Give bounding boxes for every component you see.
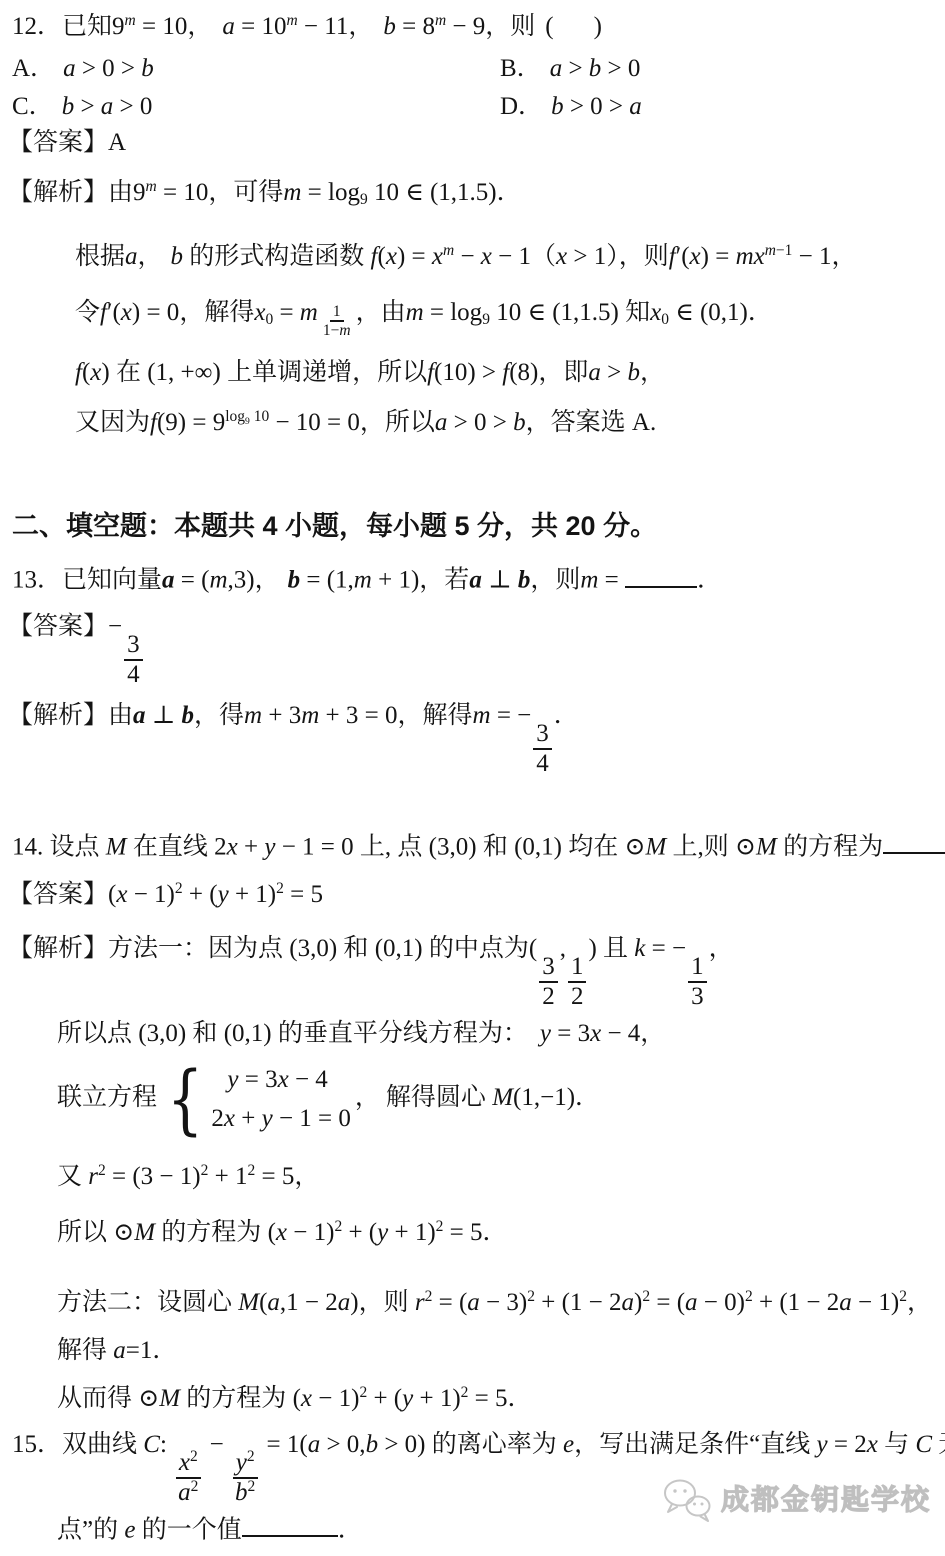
question-14-stem: 14. 设点 M 在直线 2x + y − 1 = 0 上, 点 (3,0) 和… [0,826,945,864]
question-14-solution-method2-line-1: 方法二：设圆心 M(a,1 − 2a)，则 r2 = (a − 3)2 + (1… [0,1286,945,1320]
question-14-solution-method2-line-2: 解得 a=1． [0,1334,945,1368]
question-12-solution-line-3: 令f′(x) = 0，解得x0 = m11−m，由m = log9 10 ∈ (… [0,296,945,348]
question-13-stem: 13．已知向量a = (m,3)，b = (1,m + 1)，若a ⊥ b，则m… [0,559,945,597]
question-14-solution-method1-line-3: 联立方程{y = 3x − 42x + y − 1 = 0，解得圆心 M(1,−… [0,1063,945,1136]
watermark: 成都金钥匙学校 [661,1478,931,1522]
question-13-block: 13．已知向量a = (m,3)，b = (1,m + 1)，若a ⊥ b，则m… [0,559,945,777]
question-12-solution-line-5: 又因为f(9) = 9log9 10 − 10 = 0，所以a > 0 > b，… [0,406,945,440]
question-12-solution-line-2: 根据a，b 的形式构造函数 f(x) = xm − x − 1（x > 1），则… [0,240,945,274]
question-12-option-c: C．b > a > 0 [12,90,500,124]
question-12-option-a: A．a > 0 > b [12,52,500,86]
question-12-solution-line-1: 【解析】由9m = 10，可得m = log9 10 ∈ (1,1.5)． [0,176,945,210]
section-2-fill-in-blanks: 二、填空题：本题共 4 小题，每小题 5 分，共 20 分。 [0,508,945,545]
question-14-solution-method1-line-1: 【解析】方法一：因为点 (3,0) 和 (0,1) 的中点为(32,12) 且 … [0,932,945,1011]
question-12-option-b: B．a > b > 0 [500,52,945,86]
watermark-text: 成都金钥匙学校 [721,1481,931,1519]
question-12-block: 12．已知9m = 10，a = 10m − 11，b = 8m − 9，则()… [0,0,945,440]
question-14-solution-method1-line-4: 又 r2 = (3 − 1)2 + 12 = 5， [0,1160,945,1194]
question-14-answer: 【答案】(x − 1)2 + (y + 1)2 = 5 [0,878,945,912]
question-14-solution-method2-line-3: 从而得 ⊙M 的方程为 (x − 1)2 + (y + 1)2 = 5． [0,1382,945,1416]
question-14-solution-method1-line-5: 所以 ⊙M 的方程为 (x − 1)2 + (y + 1)2 = 5． [0,1216,945,1250]
wechat-icon [661,1478,713,1522]
exam-document-page: 12．已知9m = 10，a = 10m − 11，b = 8m − 9，则()… [0,0,945,1556]
question-12-option-d: D．b > 0 > a [500,90,945,124]
question-13-answer: 【答案】−34 [0,610,945,689]
question-12-stem: 12．已知9m = 10，a = 10m − 11，b = 8m − 9，则() [0,0,945,44]
question-12-answer: 【答案】A [0,126,945,160]
question-14-block: 14. 设点 M 在直线 2x + y − 1 = 0 上, 点 (3,0) 和… [0,826,945,1416]
section-2-header: 二、填空题：本题共 4 小题，每小题 5 分，共 20 分。 [0,508,945,545]
question-12-options: A．a > 0 > b B．a > b > 0 C．b > a > 0 D．b … [0,52,945,124]
question-13-solution: 【解析】由a ⊥ b，得m + 3m + 3 = 0，解得m = −34． [0,699,945,778]
question-14-solution-method1-line-2: 所以点 (3,0) 和 (0,1) 的垂直平分线方程为：y = 3x − 4， [0,1017,945,1051]
question-12-solution-line-4: f(x) 在 (1, +∞) 上单调递增，所以f(10) > f(8)，即a >… [0,356,945,390]
